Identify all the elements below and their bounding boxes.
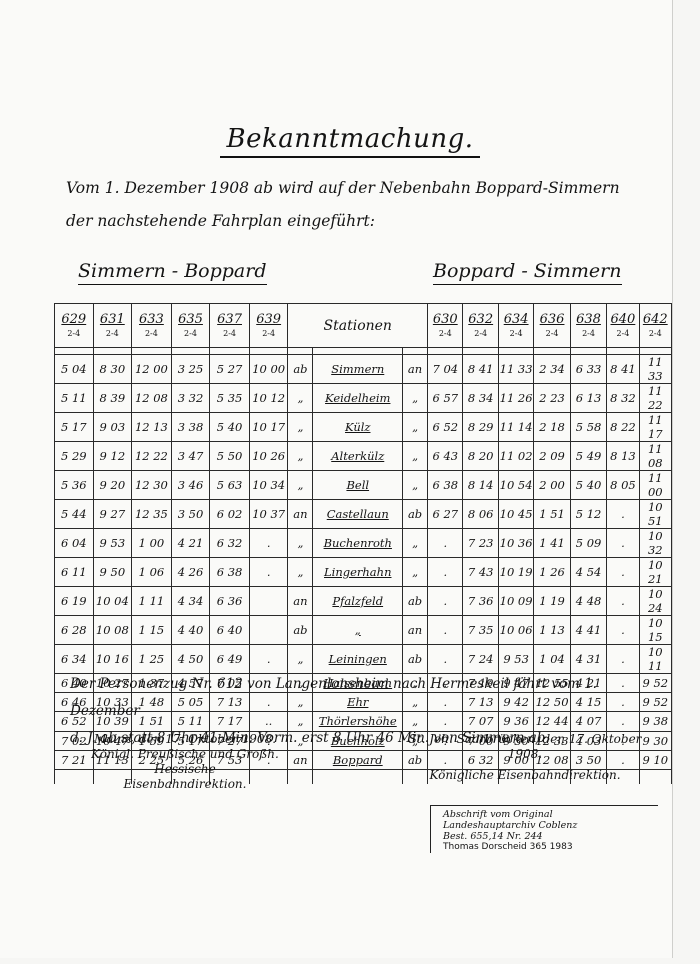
archive-line-1: Abschrift vom Original xyxy=(443,809,658,820)
departure-time-cell: 8 30 xyxy=(93,355,132,384)
departure-time-cell: 1 26 xyxy=(534,558,570,587)
departure-time-cell: 11 33 xyxy=(639,355,671,384)
departure-time-cell: 10 26 xyxy=(249,442,288,471)
departure-time-cell: 5 40 xyxy=(570,471,606,500)
departure-time-cell: 2 09 xyxy=(534,442,570,471)
archive-line-2: Landeshauptarchiv Coblenz xyxy=(443,820,658,831)
station-name: Simmern xyxy=(313,355,403,384)
departure-time-cell: 6 32 xyxy=(210,529,250,558)
intro-line-2: der nachstehende Fahrplan eingeführt: xyxy=(66,205,646,238)
station-name: Keidelheim xyxy=(313,384,403,413)
title-text: Bekanntmachung. xyxy=(220,124,479,158)
table-row: 5 369 2012 303 465 6310 34„Bell„6 388 14… xyxy=(55,471,672,500)
arrival-departure-mark-left: „ xyxy=(288,645,313,674)
departure-time-cell: 6 13 xyxy=(570,384,606,413)
arrival-departure-mark-left: ab xyxy=(288,355,313,384)
table-row: 5 299 1212 223 475 5010 26„Alterkülz„6 4… xyxy=(55,442,672,471)
departure-time-cell: 1 00 xyxy=(132,529,172,558)
departure-time-cell: . xyxy=(428,558,463,587)
departure-time-cell: 5 35 xyxy=(210,384,250,413)
departure-time-cell: 6 04 xyxy=(55,529,94,558)
departure-time-cell: 10 08 xyxy=(93,616,132,645)
departure-time-cell: 7 04 xyxy=(428,355,463,384)
departure-time-cell: 10 11 xyxy=(639,645,671,674)
train-class: 2-4 xyxy=(428,329,462,338)
departure-time-cell: 1 41 xyxy=(534,529,570,558)
spacer-row xyxy=(55,348,672,355)
departure-time-cell: . xyxy=(249,645,288,674)
departure-time-cell: 9 53 xyxy=(498,645,533,674)
spacer-cell xyxy=(313,348,403,355)
spacer-cell xyxy=(534,348,570,355)
arrival-departure-mark-right: „ xyxy=(403,471,428,500)
departure-time-cell: 11 26 xyxy=(498,384,533,413)
train-header-left: 6352-4 xyxy=(171,304,210,348)
arrival-departure-mark-left: an xyxy=(288,750,313,769)
departure-time-cell: . xyxy=(607,529,639,558)
departure-time-cell: 7 43 xyxy=(463,558,498,587)
departure-time-cell: . xyxy=(428,587,463,616)
departure-time-cell: 9 50 xyxy=(93,558,132,587)
train-class: 2-4 xyxy=(499,329,533,338)
departure-time-cell: 8 39 xyxy=(93,384,132,413)
departure-time-cell: 1 06 xyxy=(132,558,172,587)
intro-line-1: Vom 1. Dezember 1908 ab wird auf der Neb… xyxy=(66,172,646,205)
departure-time-cell: 9 03 xyxy=(93,413,132,442)
departure-time-cell: 8 20 xyxy=(463,442,498,471)
departure-time-cell: 6 33 xyxy=(570,355,606,384)
departure-time-cell: . xyxy=(607,558,639,587)
departure-time-cell: 12 13 xyxy=(132,413,172,442)
table-row: 6 3410 161 254 506 49.„Leiningenab.7 249… xyxy=(55,645,672,674)
spacer-cell xyxy=(607,348,639,355)
spacer-cell xyxy=(639,348,671,355)
departure-time-cell: 2 00 xyxy=(534,471,570,500)
departure-time-cell: 3 32 xyxy=(171,384,210,413)
departure-time-cell: 6 43 xyxy=(428,442,463,471)
departure-time-cell xyxy=(249,616,288,645)
departure-time-cell: 3 25 xyxy=(171,355,210,384)
departure-time-cell: 4 40 xyxy=(171,616,210,645)
departure-time-cell: 4 54 xyxy=(570,558,606,587)
departure-time-cell: 10 04 xyxy=(93,587,132,616)
departure-time-cell: 9 20 xyxy=(93,471,132,500)
departure-time-cell: 4 48 xyxy=(570,587,606,616)
signature-block-left: Mainz, den 17. Oktober 1908. Königl. Pre… xyxy=(80,732,290,792)
departure-time-cell: 11 33 xyxy=(498,355,533,384)
direction-heading-left: Simmern - Boppard xyxy=(78,260,267,285)
departure-time-cell: 1 04 xyxy=(534,645,570,674)
departure-time-cell: 10 45 xyxy=(498,500,533,529)
departure-time-cell: 8 41 xyxy=(463,355,498,384)
departure-time-cell: 10 54 xyxy=(498,471,533,500)
train-header-left: 6332-4 xyxy=(132,304,172,348)
departure-time-cell: 2 18 xyxy=(534,413,570,442)
train-number: 638 xyxy=(571,313,606,327)
departure-time-cell: 5 29 xyxy=(55,442,94,471)
departure-time-cell: 5 63 xyxy=(210,471,250,500)
arrival-departure-mark-right: ab xyxy=(403,500,428,529)
departure-time-cell: 4 41 xyxy=(570,616,606,645)
signature-block-right: St. Joh. Saarbrücken, den 17. Oktober 19… xyxy=(405,732,645,783)
spacer-cell xyxy=(403,348,428,355)
train-class: 2-4 xyxy=(571,329,606,338)
departure-time-cell: . xyxy=(607,616,639,645)
departure-time-cell: 11 00 xyxy=(639,471,671,500)
departure-time-cell: 2 34 xyxy=(534,355,570,384)
departure-time-cell: 8 05 xyxy=(607,471,639,500)
train-class: 2-4 xyxy=(640,329,671,338)
train-header-right: 6302-4 xyxy=(428,304,463,348)
departure-time-cell: 10 24 xyxy=(639,587,671,616)
station-name: Külz xyxy=(313,413,403,442)
arrival-departure-mark-left: „ xyxy=(288,558,313,587)
train-header-right: 6362-4 xyxy=(534,304,570,348)
table-row: 6 049 531 004 216 32.„Buchenroth„.7 2310… xyxy=(55,529,672,558)
table-row: 5 179 0312 133 385 4010 17„Külz„6 528 29… xyxy=(55,413,672,442)
departure-time-cell: 11 22 xyxy=(639,384,671,413)
departure-time-cell: 5 58 xyxy=(570,413,606,442)
station-name: Castellaun xyxy=(313,500,403,529)
departure-time-cell: 5 49 xyxy=(570,442,606,471)
departure-time-cell: 10 36 xyxy=(498,529,533,558)
spacer-cell xyxy=(288,348,313,355)
departure-time-cell: 6 02 xyxy=(210,500,250,529)
arrival-departure-mark-right: an xyxy=(403,616,428,645)
departure-time-cell: . xyxy=(607,587,639,616)
arrival-departure-mark-right: „ xyxy=(403,529,428,558)
departure-time-cell: 10 16 xyxy=(93,645,132,674)
train-class: 2-4 xyxy=(210,329,249,338)
departure-time-cell: 6 38 xyxy=(210,558,250,587)
departure-time-cell: 11 14 xyxy=(498,413,533,442)
archive-line-3: Best. 655,14 Nr. 244 xyxy=(443,831,658,842)
stations-header: Stationen xyxy=(288,304,428,348)
arrival-departure-mark-right: ab xyxy=(403,587,428,616)
departure-time-cell: 3 47 xyxy=(171,442,210,471)
departure-time-cell: . xyxy=(428,645,463,674)
arrival-departure-mark-left: „ xyxy=(288,442,313,471)
departure-time-cell: 6 40 xyxy=(210,616,250,645)
table-row: 6 1910 041 114 346 36anPfalzfeldab.7 361… xyxy=(55,587,672,616)
train-number: 632 xyxy=(463,313,497,327)
signature-left-org-1: Königl. Preußische und Großh. Hessische xyxy=(80,747,290,777)
departure-time-cell: 5 50 xyxy=(210,442,250,471)
departure-time-cell: 1 13 xyxy=(534,616,570,645)
departure-time-cell: 10 15 xyxy=(639,616,671,645)
departure-time-cell: 11 02 xyxy=(498,442,533,471)
table-row: 6 2810 081 154 406 40ab„an.7 3510 061 13… xyxy=(55,616,672,645)
signature-left-org-2: Eisenbahndirektion. xyxy=(80,777,290,792)
departure-time-cell: 8 34 xyxy=(463,384,498,413)
departure-time-cell: . xyxy=(607,645,639,674)
departure-time-cell: 12 30 xyxy=(132,471,172,500)
departure-time-cell: 9 53 xyxy=(93,529,132,558)
departure-time-cell: 4 31 xyxy=(570,645,606,674)
departure-time-cell: 4 50 xyxy=(171,645,210,674)
departure-time-cell: 8 06 xyxy=(463,500,498,529)
document-page: Bekanntmachung. Vom 1. Dezember 1908 ab … xyxy=(0,0,673,958)
departure-time-cell: 9 27 xyxy=(93,500,132,529)
train-number: 634 xyxy=(499,313,533,327)
departure-time-cell: 6 36 xyxy=(210,587,250,616)
spacer-cell xyxy=(132,348,172,355)
train-number: 640 xyxy=(607,313,638,327)
departure-time-cell: 6 49 xyxy=(210,645,250,674)
train-number: 633 xyxy=(132,313,171,327)
departure-time-cell: 7 23 xyxy=(463,529,498,558)
departure-time-cell: 10 37 xyxy=(249,500,288,529)
departure-time-cell: . xyxy=(428,529,463,558)
departure-time-cell: 11 17 xyxy=(639,413,671,442)
train-header-left: 6372-4 xyxy=(210,304,250,348)
train-number: 636 xyxy=(534,313,569,327)
train-number: 642 xyxy=(640,313,671,327)
departure-time-cell: 6 19 xyxy=(55,587,94,616)
departure-time-cell: 5 04 xyxy=(55,355,94,384)
departure-time-cell: 10 51 xyxy=(639,500,671,529)
departure-time-cell: 10 17 xyxy=(249,413,288,442)
departure-time-cell: 12 35 xyxy=(132,500,172,529)
spacer-cell xyxy=(498,348,533,355)
train-number: 629 xyxy=(55,313,93,327)
train-header-left: 6312-4 xyxy=(93,304,132,348)
departure-time-cell: 1 51 xyxy=(534,500,570,529)
departure-time-cell: 6 11 xyxy=(55,558,94,587)
train-number: 637 xyxy=(210,313,249,327)
departure-time-cell: 5 17 xyxy=(55,413,94,442)
departure-time-cell: 6 38 xyxy=(428,471,463,500)
train-header-right: 6342-4 xyxy=(498,304,533,348)
station-name: Boppard xyxy=(313,750,403,769)
empty-cell xyxy=(288,769,313,784)
departure-time-cell: 8 14 xyxy=(463,471,498,500)
departure-time-cell: 4 34 xyxy=(171,587,210,616)
departure-time-cell: 10 34 xyxy=(249,471,288,500)
train-class: 2-4 xyxy=(172,329,210,338)
departure-time-cell: 10 21 xyxy=(639,558,671,587)
departure-time-cell: 7 24 xyxy=(463,645,498,674)
spacer-cell xyxy=(463,348,498,355)
train-class: 2-4 xyxy=(55,329,93,338)
intro-paragraph: Vom 1. Dezember 1908 ab wird auf der Neb… xyxy=(66,172,646,238)
station-name: Leiningen xyxy=(313,645,403,674)
departure-time-cell: 1 15 xyxy=(132,616,172,645)
station-name: „ xyxy=(313,616,403,645)
departure-time-cell: 3 38 xyxy=(171,413,210,442)
train-class: 2-4 xyxy=(607,329,638,338)
departure-time-cell: 5 12 xyxy=(570,500,606,529)
departure-time-cell: 10 32 xyxy=(639,529,671,558)
departure-time-cell: 7 35 xyxy=(463,616,498,645)
spacer-cell xyxy=(210,348,250,355)
table-row: 6 119 501 064 266 38.„Lingerhahn„.7 4310… xyxy=(55,558,672,587)
signature-right-org-1: Königliche Eisenbahndirektion. xyxy=(405,768,645,783)
arrival-departure-mark-left: „ xyxy=(288,384,313,413)
departure-time-cell: 4 21 xyxy=(171,529,210,558)
departure-time-cell: . xyxy=(249,529,288,558)
departure-time-cell: 4 26 xyxy=(171,558,210,587)
train-header-right: 6382-4 xyxy=(570,304,606,348)
departure-time-cell: 5 36 xyxy=(55,471,94,500)
departure-time-cell: 11 08 xyxy=(639,442,671,471)
train-class: 2-4 xyxy=(132,329,171,338)
arrival-departure-mark-right: ab xyxy=(403,645,428,674)
departure-time-cell: 6 28 xyxy=(55,616,94,645)
departure-time-cell: 5 11 xyxy=(55,384,94,413)
departure-time-cell: . xyxy=(249,558,288,587)
arrival-departure-mark-right: „ xyxy=(403,384,428,413)
departure-time-cell: 12 00 xyxy=(132,355,172,384)
arrival-departure-mark-left: an xyxy=(288,500,313,529)
departure-time-cell: 6 27 xyxy=(428,500,463,529)
train-number: 639 xyxy=(250,313,288,327)
departure-time-cell: 10 12 xyxy=(249,384,288,413)
arrival-departure-mark-right: „ xyxy=(403,413,428,442)
train-header-left: 6392-4 xyxy=(249,304,288,348)
station-name: Bell xyxy=(313,471,403,500)
departure-time-cell: 5 44 xyxy=(55,500,94,529)
train-class: 2-4 xyxy=(463,329,497,338)
departure-time-cell: . xyxy=(607,500,639,529)
spacer-cell xyxy=(171,348,210,355)
train-header-left: 6292-4 xyxy=(55,304,94,348)
train-header-right: 6322-4 xyxy=(463,304,498,348)
archive-stamp: Abschrift vom Original Landeshauptarchiv… xyxy=(430,805,658,853)
timetable-header-row: 6292-46312-46332-46352-46372-46392-4Stat… xyxy=(55,304,672,348)
signature-left-place-date: Mainz, den 17. Oktober 1908. xyxy=(80,732,290,747)
departure-time-cell: 8 29 xyxy=(463,413,498,442)
station-name: Buchenroth xyxy=(313,529,403,558)
arrival-departure-mark-left: ab xyxy=(288,616,313,645)
departure-time-cell: 1 11 xyxy=(132,587,172,616)
departure-time-cell: 1 19 xyxy=(534,587,570,616)
station-name: Pfalzfeld xyxy=(313,587,403,616)
departure-time-cell: 6 34 xyxy=(55,645,94,674)
footnote-line-1: Der Personenzug Nr. 612 von Langenlonshe… xyxy=(70,671,670,725)
departure-time-cell: 6 57 xyxy=(428,384,463,413)
station-name: Alterkülz xyxy=(313,442,403,471)
departure-time-cell: 8 13 xyxy=(607,442,639,471)
arrival-departure-mark-left: an xyxy=(288,587,313,616)
departure-time-cell: 10 00 xyxy=(249,355,288,384)
train-number: 631 xyxy=(94,313,132,327)
document-title: Bekanntmachung. xyxy=(0,124,700,154)
table-row: 5 449 2712 353 506 0210 37anCastellaunab… xyxy=(55,500,672,529)
arrival-departure-mark-right: „ xyxy=(403,442,428,471)
signature-right-place-date: St. Joh. Saarbrücken, den 17. Oktober 19… xyxy=(405,732,645,762)
departure-time-cell: 10 06 xyxy=(498,616,533,645)
departure-time-cell: 10 19 xyxy=(498,558,533,587)
train-header-right: 6402-4 xyxy=(607,304,639,348)
departure-time-cell: 6 52 xyxy=(428,413,463,442)
departure-time-cell: 8 22 xyxy=(607,413,639,442)
train-class: 2-4 xyxy=(534,329,569,338)
departure-time-cell: . xyxy=(428,616,463,645)
empty-cell xyxy=(313,769,403,784)
departure-time-cell: 12 08 xyxy=(132,384,172,413)
table-row: 5 048 3012 003 255 2710 00abSimmernan7 0… xyxy=(55,355,672,384)
arrival-departure-mark-left: „ xyxy=(288,471,313,500)
spacer-cell xyxy=(428,348,463,355)
spacer-cell xyxy=(93,348,132,355)
departure-time-cell: 7 36 xyxy=(463,587,498,616)
departure-time-cell: 3 46 xyxy=(171,471,210,500)
table-row: 5 118 3912 083 325 3510 12„Keidelheim„6 … xyxy=(55,384,672,413)
arrival-departure-mark-right: „ xyxy=(403,558,428,587)
train-class: 2-4 xyxy=(94,329,132,338)
departure-time-cell: 2 23 xyxy=(534,384,570,413)
departure-time-cell: 8 41 xyxy=(607,355,639,384)
departure-time-cell: 3 50 xyxy=(171,500,210,529)
train-header-right: 6422-4 xyxy=(639,304,671,348)
spacer-cell xyxy=(570,348,606,355)
train-number: 635 xyxy=(172,313,210,327)
train-number: 630 xyxy=(428,313,462,327)
station-name: Lingerhahn xyxy=(313,558,403,587)
direction-heading-right: Boppard - Simmern xyxy=(433,260,622,285)
arrival-departure-mark-right: an xyxy=(403,355,428,384)
departure-time-cell: 8 32 xyxy=(607,384,639,413)
arrival-departure-mark-left: „ xyxy=(288,413,313,442)
departure-time-cell: 10 09 xyxy=(498,587,533,616)
departure-time-cell: 5 27 xyxy=(210,355,250,384)
arrival-departure-mark-left: „ xyxy=(288,529,313,558)
spacer-cell xyxy=(249,348,288,355)
train-class: 2-4 xyxy=(250,329,288,338)
departure-time-cell: 5 40 xyxy=(210,413,250,442)
departure-time-cell: 1 25 xyxy=(132,645,172,674)
departure-time-cell: 5 09 xyxy=(570,529,606,558)
spacer-cell xyxy=(55,348,94,355)
departure-time-cell xyxy=(249,587,288,616)
archive-line-4: Thomas Dorscheid 365 1983 xyxy=(443,842,658,853)
departure-time-cell: 9 12 xyxy=(93,442,132,471)
departure-time-cell: 12 22 xyxy=(132,442,172,471)
